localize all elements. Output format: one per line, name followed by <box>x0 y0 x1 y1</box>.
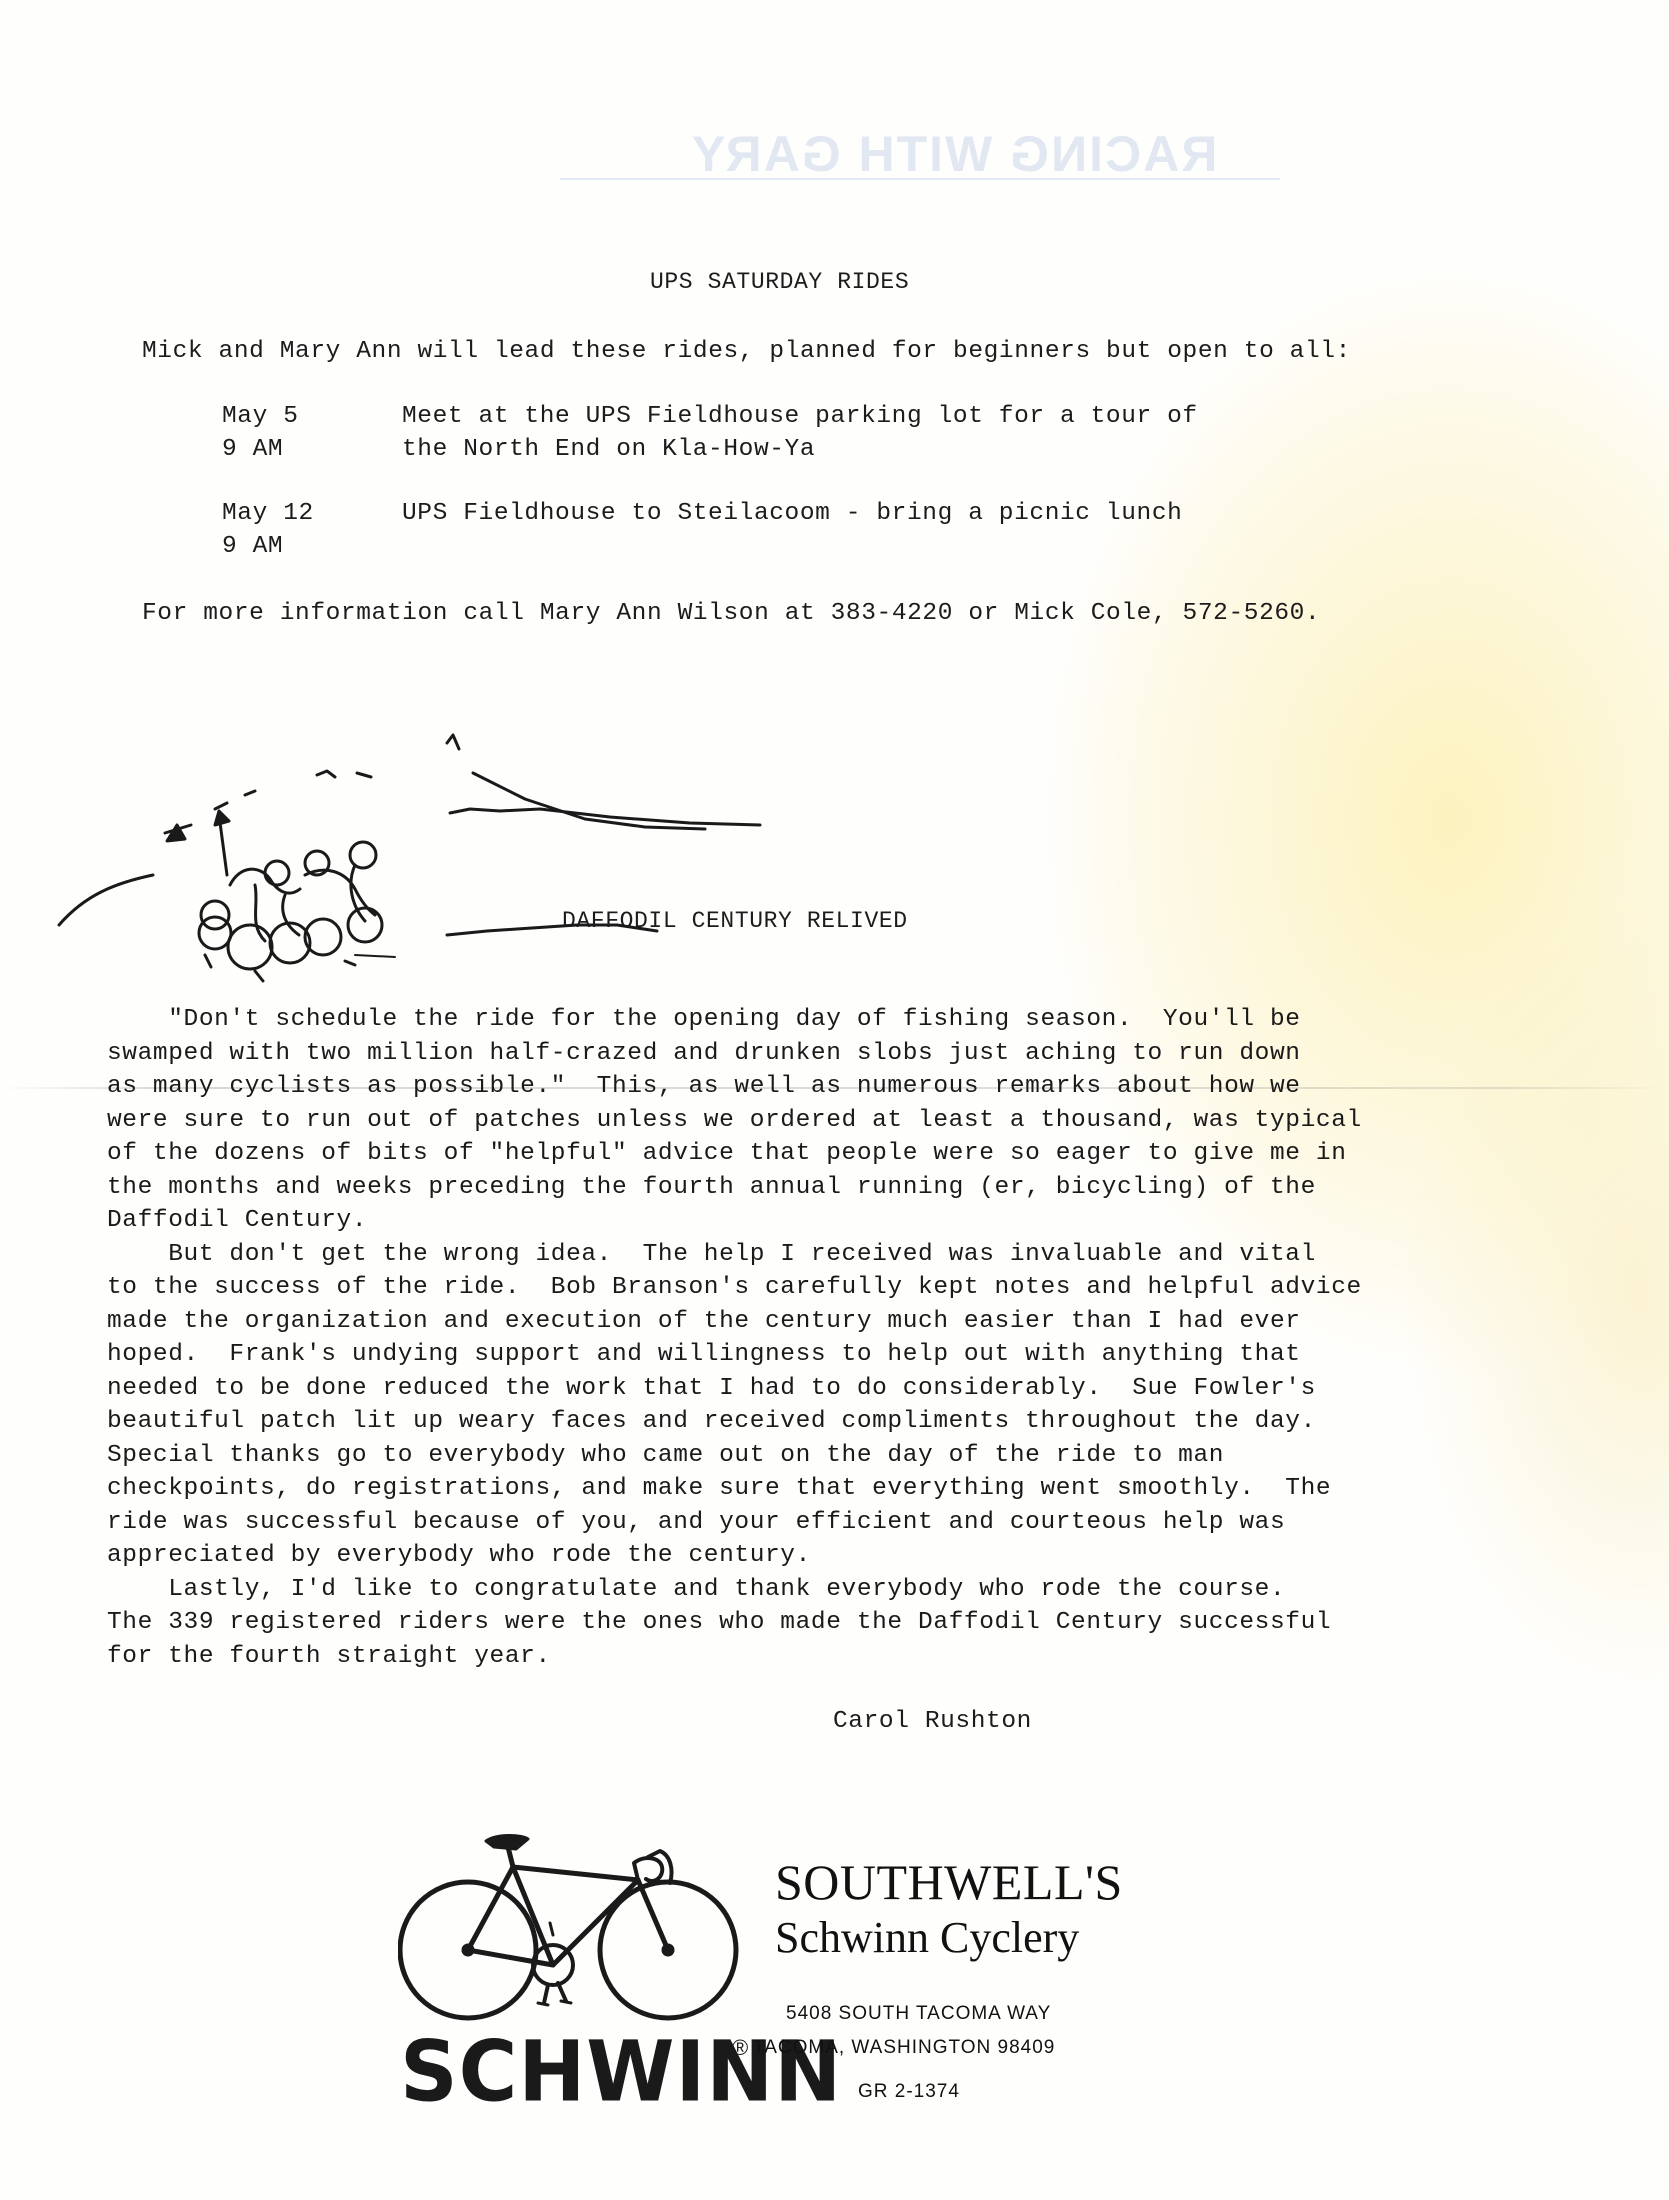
article-line: for the fourth straight year. <box>107 1640 1567 1674</box>
article-line: swamped with two million half-crazed and… <box>107 1037 1567 1071</box>
article-line: checkpoints, do registrations, and make … <box>107 1472 1567 1506</box>
schwinn-advertisement: SCHWINN ® SOUTHWELL'S Schwinn Cyclery 54… <box>398 1825 1418 2125</box>
cyclists-sketch-illustration <box>55 715 785 985</box>
article-line: made the organization and execution of t… <box>107 1305 1567 1339</box>
article-line: beautiful patch lit up weary faces and r… <box>107 1405 1567 1439</box>
show-through-rule <box>560 178 1280 180</box>
article-line: of the dozens of bits of "helpful" advic… <box>107 1137 1567 1171</box>
registered-trademark-icon: ® <box>732 2035 748 2061</box>
ride-time: 9 AM <box>222 433 283 466</box>
article-line: The 339 registered riders were the ones … <box>107 1606 1567 1640</box>
article-line: the months and weeks preceding the fourt… <box>107 1171 1567 1205</box>
article-line: were sure to run out of patches unless w… <box>107 1104 1567 1138</box>
shop-address-city: TACOMA, WASHINGTON 98409 <box>753 2037 1055 2059</box>
shop-address-street: 5408 SOUTH TACOMA WAY <box>786 2003 1051 2025</box>
show-through-heading: RACING WITH GARY <box>690 125 1217 183</box>
article-body: "Don't schedule the ride for the opening… <box>107 1003 1567 1673</box>
bicycle-icon <box>398 1825 743 2025</box>
shop-phone: GR 2-1374 <box>858 2081 960 2103</box>
article-line: ride was successful because of you, and … <box>107 1506 1567 1540</box>
article-line: But don't get the wrong idea. The help I… <box>107 1238 1567 1272</box>
article-signature: Carol Rushton <box>833 1705 1032 1738</box>
shop-name: SOUTHWELL'S <box>775 1855 1123 1909</box>
rides-intro: Mick and Mary Ann will lead these rides,… <box>142 335 1351 368</box>
shop-subtitle: Schwinn Cyclery <box>775 1913 1079 1963</box>
article-line: needed to be done reduced the work that … <box>107 1372 1567 1406</box>
article-line: as many cyclists as possible." This, as … <box>107 1070 1567 1104</box>
article-line: appreciated by everybody who rode the ce… <box>107 1539 1567 1573</box>
ride-description-line: UPS Fieldhouse to Steilacoom - bring a p… <box>402 497 1182 530</box>
section-title-saturday-rides: UPS SATURDAY RIDES <box>650 266 909 299</box>
ride-date: May 5 <box>222 400 299 433</box>
article-line: Lastly, I'd like to congratulate and tha… <box>107 1573 1567 1607</box>
article-line: "Don't schedule the ride for the opening… <box>107 1003 1567 1037</box>
ride-description-line: the North End on Kla-How-Ya <box>402 433 815 466</box>
ride-time: 9 AM <box>222 530 283 563</box>
article-line: Daffodil Century. <box>107 1204 1567 1238</box>
contact-info: For more information call Mary Ann Wilso… <box>142 597 1320 630</box>
article-line: Special thanks go to everybody who came … <box>107 1439 1567 1473</box>
article-line: hoped. Frank's undying support and willi… <box>107 1338 1567 1372</box>
article-line: to the success of the ride. Bob Branson'… <box>107 1271 1567 1305</box>
ride-description-line: Meet at the UPS Fieldhouse parking lot f… <box>402 400 1198 433</box>
article-title: DAFFODIL CENTURY RELIVED <box>562 905 908 938</box>
ride-date: May 12 <box>222 497 314 530</box>
